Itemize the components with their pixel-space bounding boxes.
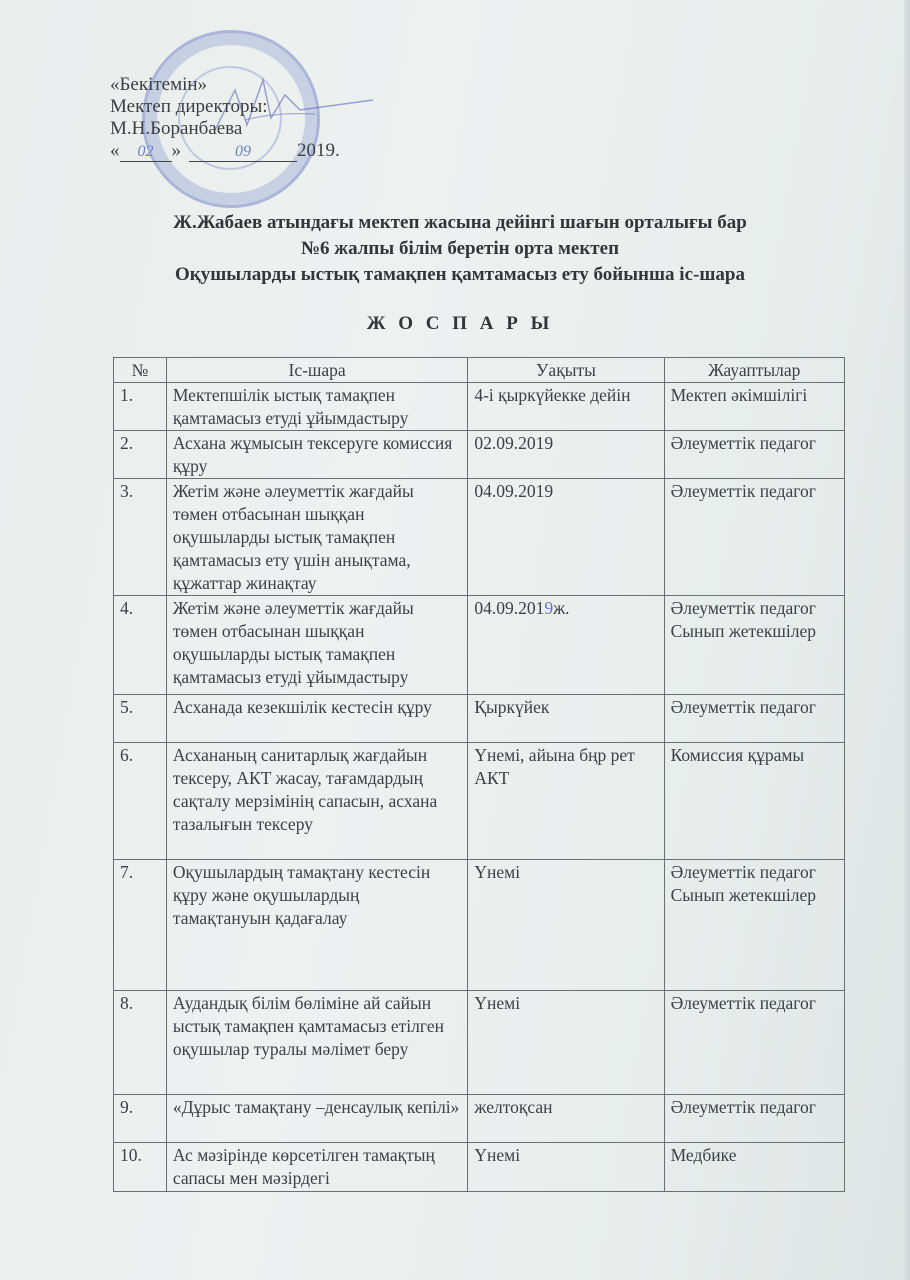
column-header-activity: Іс-шара <box>166 358 468 383</box>
table-row: 9. «Дұрыс тамақтану –денсаулық кепілі» ж… <box>114 1095 845 1143</box>
row-responsible: Әлеуметтік педагог Сынып жетекшілер <box>664 596 844 695</box>
director-position: Мектеп директоры: <box>110 96 340 118</box>
row-number: 8. <box>114 991 167 1095</box>
row-activity: Жетім және әлеуметтік жағдайы төмен отба… <box>166 479 468 596</box>
row-time: 02.09.2019 <box>468 431 664 479</box>
table-row: 2. Асхана жұмысын тексеруге комиссия құр… <box>114 431 845 479</box>
row-number: 9. <box>114 1095 167 1143</box>
approved-label: «Бекітемін» <box>110 74 340 96</box>
row-number: 4. <box>114 596 167 695</box>
column-header-time: Уақыты <box>468 358 664 383</box>
table-row: 4. Жетім және әлеуметтік жағдайы төмен о… <box>114 596 845 695</box>
row-number: 10. <box>114 1143 167 1192</box>
time-printed: 04.09.201 <box>474 598 544 618</box>
row-time: Үнемі <box>468 991 664 1095</box>
row-activity: Асханада кезекшілік кестесін құру <box>166 695 468 743</box>
row-activity: Асхананың санитарлық жағдайын тексеру, А… <box>166 743 468 860</box>
row-activity: Аудандық білім бөліміне ай сайын ыстық т… <box>166 991 468 1095</box>
table-row: 8. Аудандық білім бөліміне ай сайын ысты… <box>114 991 845 1095</box>
row-time: Үнемі <box>468 860 664 991</box>
row-activity: Оқушылардың тамақтану кестесін құру және… <box>166 860 468 991</box>
row-activity: «Дұрыс тамақтану –денсаулық кепілі» <box>166 1095 468 1143</box>
row-time: желтоқсан <box>468 1095 664 1143</box>
row-responsible: Мектеп әкімшілігі <box>664 383 844 431</box>
document-heading: Ж.Жабаев атындағы мектеп жасына дейінгі … <box>100 210 820 288</box>
row-time: Үнемі <box>468 1143 664 1192</box>
row-responsible: Әлеуметтік педагог <box>664 1095 844 1143</box>
row-responsible: Әлеуметтік педагог <box>664 695 844 743</box>
table-row: 6. Асхананың санитарлық жағдайын тексеру… <box>114 743 845 860</box>
row-number: 5. <box>114 695 167 743</box>
plan-title: Ж О С П А Р Ы <box>100 313 820 335</box>
approval-block: «Бекітемін» Мектеп директоры: М.Н.Боранб… <box>110 74 340 162</box>
row-time: 04.09.2019ж. <box>468 596 664 695</box>
column-header-number: № <box>114 358 167 383</box>
row-number: 2. <box>114 431 167 479</box>
row-activity: Жетім және әлеуметтік жағдайы төмен отба… <box>166 596 468 695</box>
approval-date: « 02 » 09 2019. <box>110 140 340 162</box>
row-responsible: Әлеуметтік педагог <box>664 479 844 596</box>
date-year: 2019. <box>297 140 340 162</box>
row-time: 04.09.2019 <box>468 479 664 596</box>
row-activity: Мектепшілік ыстық тамақпен қамтамасыз ет… <box>166 383 468 431</box>
paper-edge <box>904 0 910 1280</box>
row-activity: Ас мәзірінде көрсетілген тамақтың сапасы… <box>166 1143 468 1192</box>
table-row: 10. Ас мәзірінде көрсетілген тамақтың са… <box>114 1143 845 1192</box>
date-open-quote: « <box>110 140 120 162</box>
row-time: Қыркүйек <box>468 695 664 743</box>
row-activity: Асхана жұмысын тексеруге комиссия құру <box>166 431 468 479</box>
row-responsible: Комиссия құрамы <box>664 743 844 860</box>
row-time: 4-і қыркүйекке дейін <box>468 383 664 431</box>
date-day-handwritten: 02 <box>120 141 172 162</box>
row-number: 6. <box>114 743 167 860</box>
column-header-responsible: Жауаптылар <box>664 358 844 383</box>
time-suffix: ж. <box>553 598 569 618</box>
row-time: Үнемі, айына бңр рет АКТ <box>468 743 664 860</box>
table-row: 7. Оқушылардың тамақтану кестесін құру ж… <box>114 860 845 991</box>
table-header-row: № Іс-шара Уақыты Жауаптылар <box>114 358 845 383</box>
director-name: М.Н.Боранбаева <box>110 118 340 140</box>
date-close-quote: » <box>172 140 182 162</box>
row-responsible: Медбике <box>664 1143 844 1192</box>
heading-line-school-number: №6 жалпы білім беретін орта мектеп <box>100 236 820 262</box>
row-responsible: Әлеуметтік педагог Сынып жетекшілер <box>664 860 844 991</box>
row-number: 3. <box>114 479 167 596</box>
table-row: 3. Жетім және әлеуметтік жағдайы төмен о… <box>114 479 845 596</box>
row-number: 1. <box>114 383 167 431</box>
heading-line-subject: Оқушыларды ыстық тамақпен қамтамасыз ету… <box>100 262 820 288</box>
row-responsible: Әлеуметтік педагог <box>664 431 844 479</box>
date-month-handwritten: 09 <box>189 141 297 162</box>
time-handwritten-correction: 9 <box>544 598 553 618</box>
table-row: 5. Асханада кезекшілік кестесін құру Қыр… <box>114 695 845 743</box>
heading-line-school-name: Ж.Жабаев атындағы мектеп жасына дейінгі … <box>100 210 820 236</box>
row-number: 7. <box>114 860 167 991</box>
plan-table: № Іс-шара Уақыты Жауаптылар 1. Мектепшіл… <box>113 357 845 1192</box>
table-row: 1. Мектепшілік ыстық тамақпен қамтамасыз… <box>114 383 845 431</box>
row-responsible: Әлеуметтік педагог <box>664 991 844 1095</box>
